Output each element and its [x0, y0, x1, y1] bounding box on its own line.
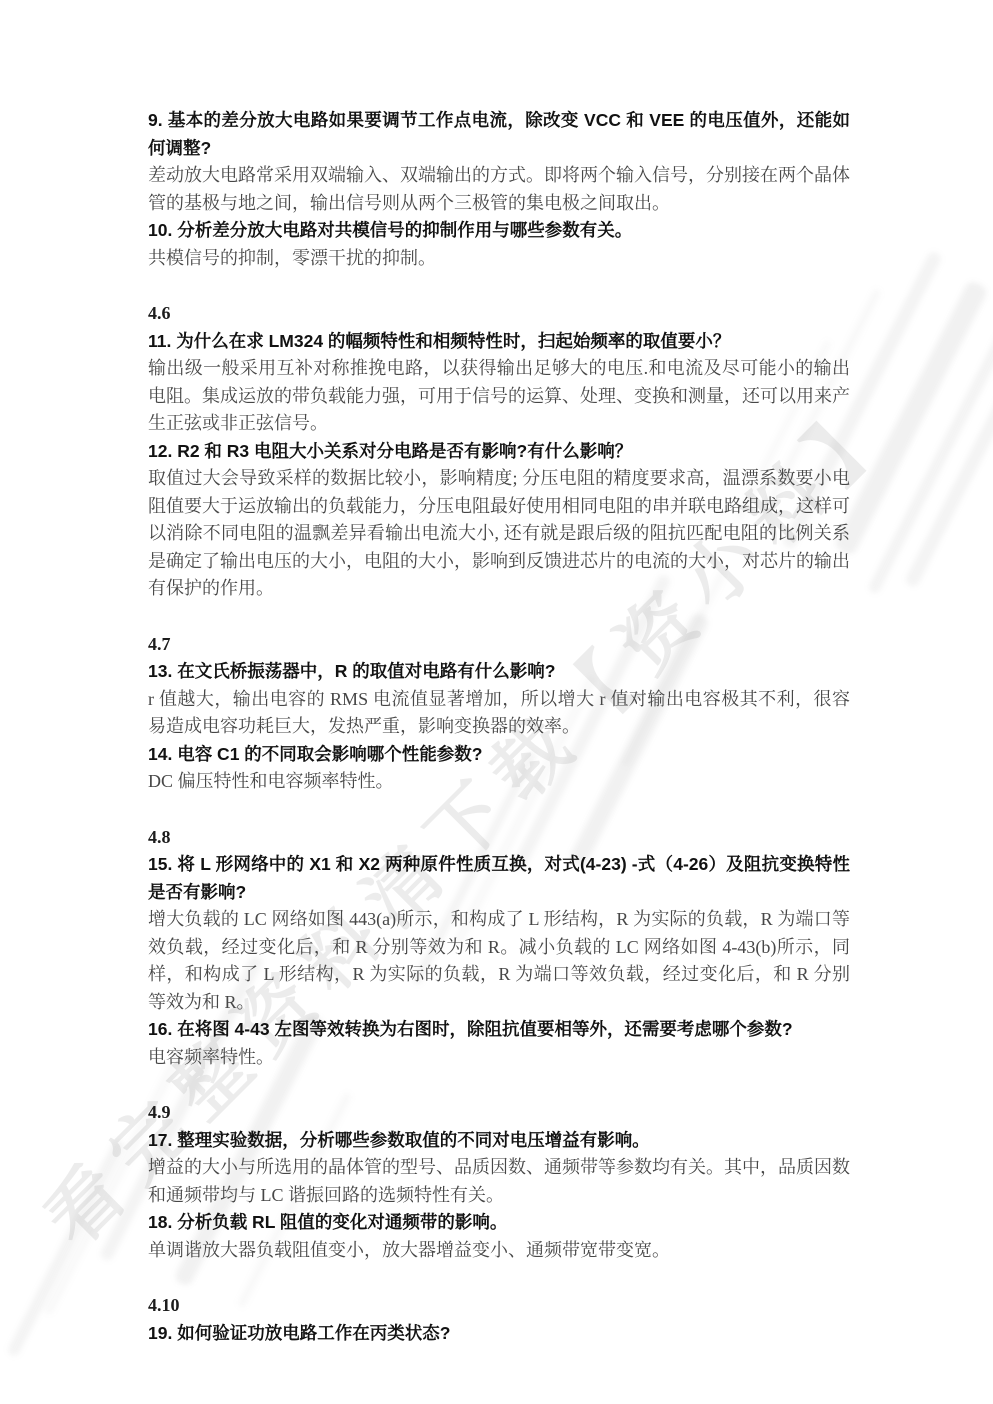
question-paragraph: 9. 基本的差分放大电路如果要调节工作点电流，除改变 VCC 和 VEE 的电压…	[148, 107, 850, 162]
question-paragraph: 14. 电容 C1 的不同取会影响哪个性能参数?	[148, 741, 850, 769]
section-heading: 4.10	[148, 1292, 850, 1320]
answer-paragraph: r 值越大，输出电容的 RMS 电流值显著增加，所以增大 r 值对输出电容极其不…	[148, 686, 850, 741]
page: 看完整资料清下载【资小料】 9. 基本的差分放大电路如果要调节工作点电流，除改变…	[0, 0, 993, 1404]
section-heading: 4.8	[148, 824, 850, 852]
watermark-streak	[833, 279, 989, 556]
section-heading: 4.9	[148, 1099, 850, 1127]
document-content: 9. 基本的差分放大电路如果要调节工作点电流，除改变 VCC 和 VEE 的电压…	[148, 107, 850, 1347]
answer-paragraph: 电容频率特性。	[148, 1044, 850, 1072]
question-paragraph: 16. 在将图 4-43 左图等效转换为右图时，除阻抗值要相等外，还需要考虑哪个…	[148, 1016, 850, 1044]
watermark-streak	[867, 331, 993, 595]
section-heading: 4.7	[148, 631, 850, 659]
question-paragraph: 10. 分析差分放大电路对共模信号的抑制作用与哪些参数有关。	[148, 217, 850, 245]
answer-paragraph: 输出级一般采用互补对称推挽电路，以获得输出足够大的电压.和电流及尽可能小的输出电…	[148, 355, 850, 438]
question-paragraph: 13. 在文氏桥振荡器中，R 的取值对电路有什么影响?	[148, 658, 850, 686]
document-page: { "watermark": { "text": "看完整资料清下载【资小料】"…	[0, 0, 993, 1404]
watermark-streak	[904, 377, 993, 588]
answer-paragraph: 增大负载的 LC 网络如图 443(a)所示，和构成了 L 形结构，R 为实际的…	[148, 906, 850, 1016]
question-paragraph: 18. 分析负载 RL 阻值的变化对通频带的影响。	[148, 1209, 850, 1237]
question-paragraph: 15. 将 L 形网络中的 X1 和 X2 两种原件性质互换，对式(4-23) …	[148, 851, 850, 906]
answer-paragraph: DC 偏压特性和电容频率特性。	[148, 768, 850, 796]
question-paragraph: 17. 整理实验数据，分析哪些参数取值的不同对电压增益有影响。	[148, 1127, 850, 1155]
watermark-streak	[6, 1138, 126, 1357]
section-heading: 4.6	[148, 300, 850, 328]
question-paragraph: 11. 为什么在求 LM324 的幅频特性和相频特性时，扫起始频率的取值要小？	[148, 328, 850, 356]
question-paragraph: 19. 如何验证功放电路工作在丙类状态?	[148, 1320, 850, 1348]
answer-paragraph: 增益的大小与所选用的晶体管的型号、品质因数、通频带等参数均有关。其中，品质因数和…	[148, 1154, 850, 1209]
answer-paragraph: 单调谐放大器负载阻值变小，放大器增益变小、通频带宽带变宽。	[148, 1237, 850, 1265]
answer-paragraph: 取值过大会导致采样的数据比较小，影响精度; 分压电阻的精度要求高，温漂系数要小电…	[148, 465, 850, 603]
answer-paragraph: 共模信号的抑制，零漂干扰的抑制。	[148, 245, 850, 273]
question-paragraph: 12. R2 和 R3 电阻大小关系对分电路是否有影响?有什么影响？	[148, 438, 850, 466]
answer-paragraph: 差动放大电路常采用双端输入、双端输出的方式。即将两个输入信号，分别接在两个晶体管…	[148, 162, 850, 217]
